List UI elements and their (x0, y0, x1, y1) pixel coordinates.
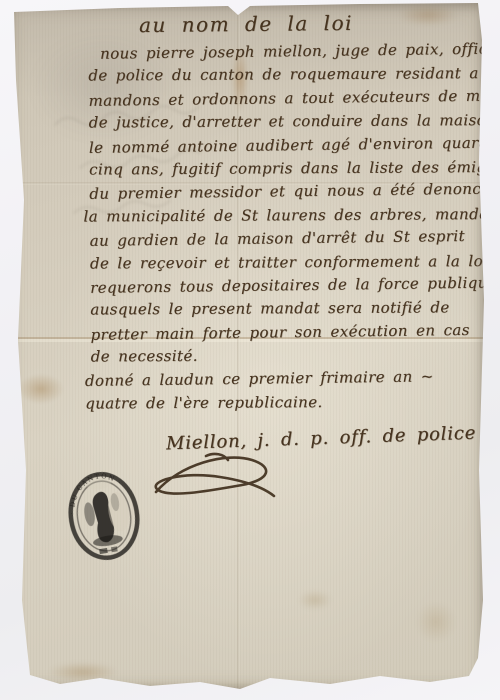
stamp-figure (81, 489, 126, 555)
paper-stain (416, 602, 456, 642)
manuscript-line: ausquels le present mandat sera notifié … (90, 296, 486, 322)
official-stamp: · DU CANTON · (57, 462, 151, 569)
manuscript-line: au gardien de la maison d'arrêt du St es… (90, 225, 486, 254)
manuscript-line: du premier messidor et qui nous a été de… (89, 178, 485, 207)
document-paper: au nom de la loi nous pierre joseph miel… (6, 2, 486, 692)
paper-stain (18, 374, 64, 404)
paper-stain (48, 662, 118, 682)
manuscript-line: quatre de l'ère republicaine. (85, 390, 487, 416)
paper-stain (298, 590, 332, 610)
signature-flourish (148, 448, 288, 503)
document-body: nous pierre joseph miellon, juge de paix… (88, 39, 487, 417)
manuscript-line: de police du canton de roquemaure resida… (88, 62, 484, 88)
signature-name: Miellon, j. d. p. off. de police (166, 423, 477, 455)
photo-background: au nom de la loi nous pierre joseph miel… (0, 0, 500, 700)
manuscript-line: de justice, d'arretter et conduire dans … (89, 109, 485, 135)
stamp-arc-text: · DU CANTON · (62, 469, 128, 516)
document-heading: au nom de la loi (6, 9, 486, 38)
